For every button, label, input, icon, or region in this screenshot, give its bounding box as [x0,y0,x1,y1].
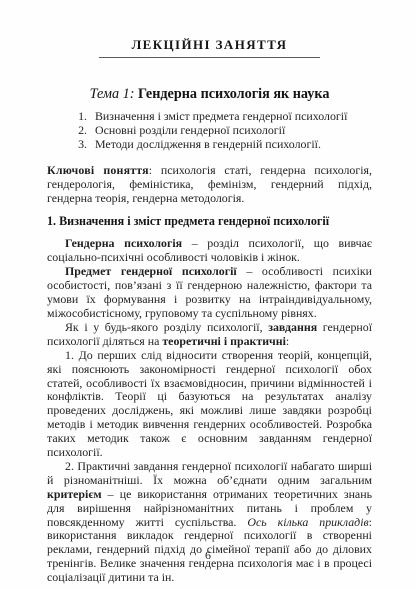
definition-term: Гендерна психологія [65,236,182,250]
theoretical-tasks-paragraph: 1. До перших слід відносити створення те… [47,349,372,460]
key-concepts-label: Ключові поняття [47,163,149,177]
tasks-paragraph: Як і у будь-якого розділу психології, за… [47,321,372,349]
subject-term: Предмет гендерної психології [65,264,237,278]
practical-italic-examples: Ось кілька прикладів [247,515,368,529]
practical-tasks-paragraph: 2. Практичні завдання гендерної психолог… [47,460,372,585]
topic-name: Гендерна психологія як наука [134,86,329,102]
agenda-item-3: Методи дослідження в гендерній психологі… [90,138,372,152]
agenda-item-1: Визначення і зміст предмета гендерної пс… [90,110,372,124]
definition-paragraph: Гендерна психологія – розділ психології,… [47,237,372,265]
agenda-list: Визначення і зміст предмета гендерної пс… [47,110,372,152]
chapter-heading: ЛЕКЦІЙНІ ЗАНЯТТЯ [99,37,321,58]
practical-bold-criterion: критерієм [47,487,102,501]
topic-title: Тема 1: Гендерна психологія як наука [47,86,372,103]
section-heading: 1. Визначення і зміст предмета гендерної… [47,214,372,228]
agenda-item-2: Основні розділи гендерної психології [90,124,372,138]
page-header: ЛЕКЦІЙНІ ЗАНЯТТЯ [47,36,372,58]
tasks-text-1: Як і у будь-якого розділу психології, [65,320,268,334]
practical-text-1: 2. Практичні завдання гендерної психолог… [47,459,372,487]
tasks-text-3: : [286,334,289,348]
topic-number: Тема 1: [90,86,135,102]
subject-paragraph: Предмет гендерної психології – особливос… [47,265,372,321]
tasks-bold-1: завдання [268,320,317,334]
page-number: 6 [0,548,416,563]
tasks-bold-2: теоретичні і практичні [162,334,286,348]
document-page: ЛЕКЦІЙНІ ЗАНЯТТЯ Тема 1: Гендерна психол… [0,0,416,589]
key-concepts-paragraph: Ключові поняття: психологія статі, генде… [47,164,372,206]
